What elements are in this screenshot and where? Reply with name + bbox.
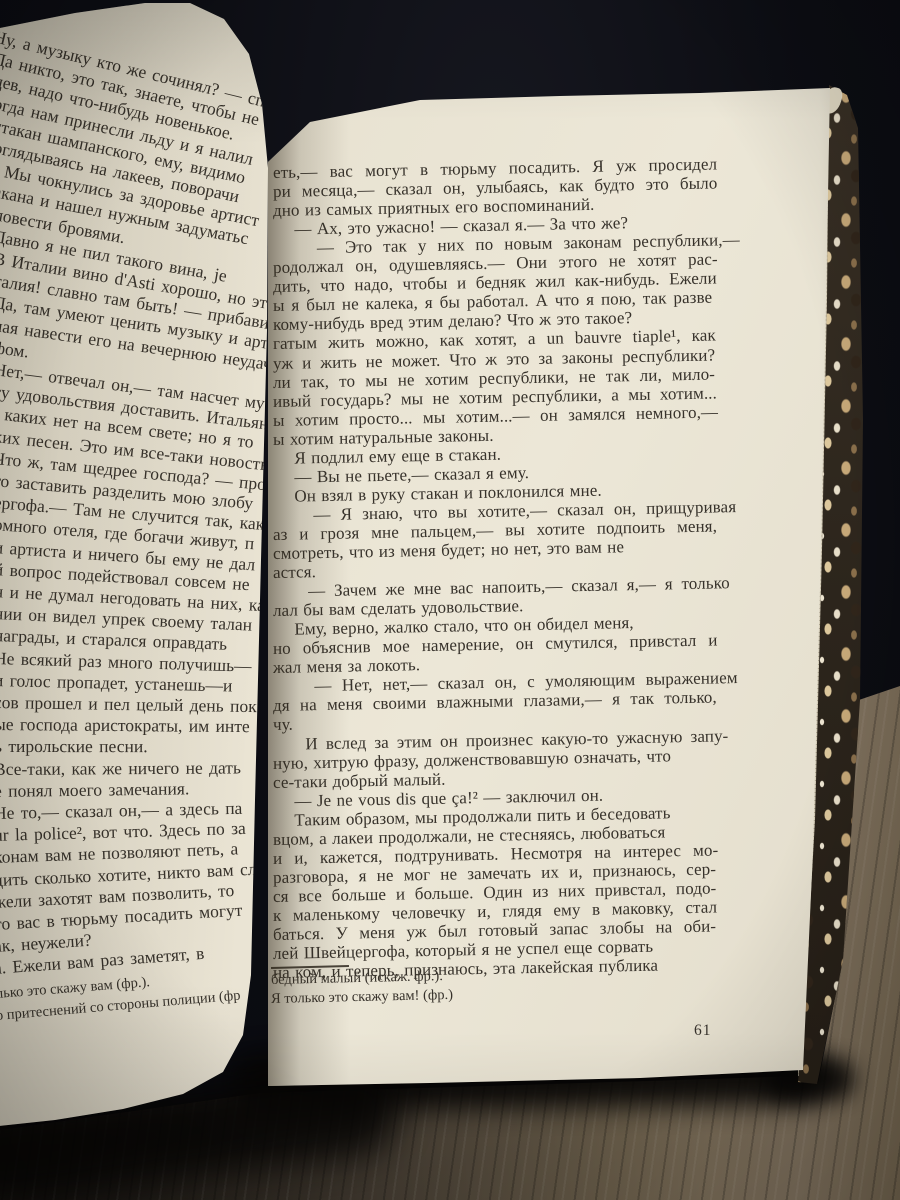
footnote-line: Я только это скажу вам! (фр.) — [271, 986, 453, 1007]
text-line: е понял моего замечания. — [0, 778, 189, 801]
text-line: ые господа аристократы, им инте — [0, 714, 250, 736]
text-line: сов прошел и пел целый день пок — [0, 692, 257, 716]
text-line: фом. — [0, 337, 30, 361]
page-number: 61 — [694, 1022, 712, 1040]
text-line: чу. — [273, 715, 293, 734]
open-book-photo: еть,— вас могут в тюрьму посадить. Я уж … — [0, 0, 900, 1200]
text-line: ь тирольские песни. — [0, 736, 148, 756]
text-line: астся. — [273, 562, 316, 582]
footnote-line: бедный малый (искаж. фр.). — [271, 968, 443, 989]
text-line: Все-таки, как же ничего не дать — [0, 757, 241, 779]
